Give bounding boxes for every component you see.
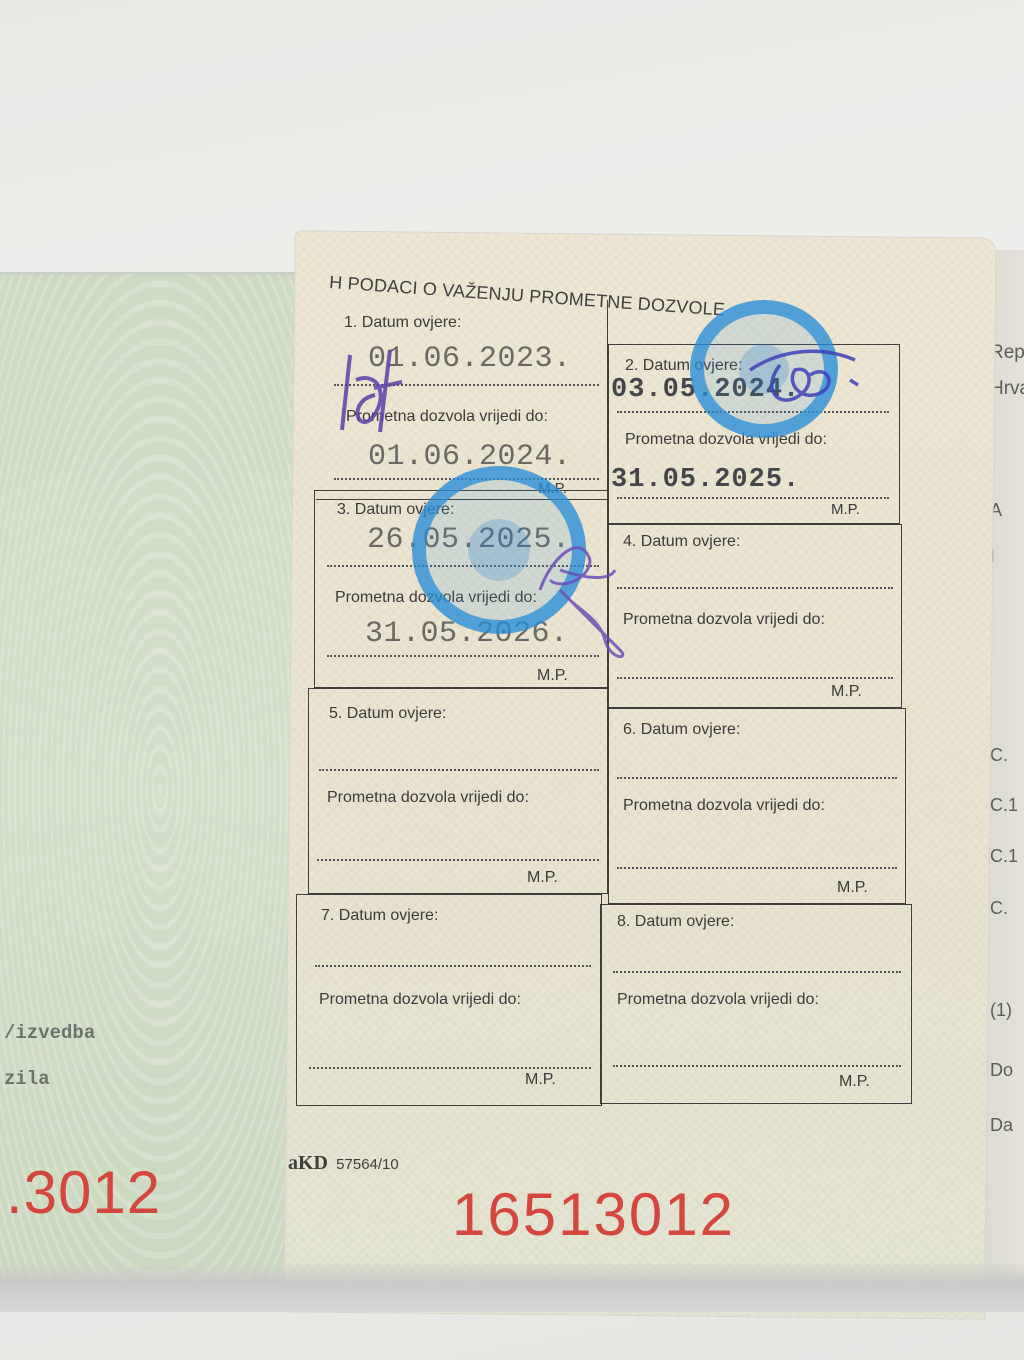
right-fragment: Hrva	[990, 378, 1024, 400]
dotted-line	[319, 769, 599, 771]
dotted-line	[315, 965, 591, 967]
dotted-line	[617, 777, 897, 779]
dotted-line	[617, 867, 897, 869]
right-fragment: C.1	[990, 795, 1018, 816]
dotted-line	[617, 677, 893, 679]
mp-label: M.P.	[527, 869, 558, 887]
mp-label: M.P.	[831, 501, 860, 518]
serial-number: 16513012	[452, 1180, 735, 1249]
entry-label: 6. Datum ovjere:	[623, 721, 740, 739]
entry-label: 7. Datum ovjere:	[321, 907, 438, 925]
left-page	[0, 272, 320, 1304]
entry-valid-until: 01.06.2024.	[368, 440, 572, 474]
entry-cell-8: 8. Datum ovjere: Prometna dozvola vrijed…	[600, 904, 912, 1104]
entry-cell-7: 7. Datum ovjere: Prometna dozvola vrijed…	[296, 894, 602, 1106]
right-fragment: C.	[990, 898, 1008, 919]
right-fragment: Do	[990, 1060, 1013, 1081]
dotted-line	[613, 1065, 901, 1067]
left-serial-fragment: .3012	[6, 1158, 161, 1227]
signature-icon	[740, 340, 870, 420]
entry-label: 4. Datum ovjere:	[623, 533, 740, 551]
validity-label: Prometna dozvola vrijedi do:	[617, 991, 819, 1009]
mp-label: M.P.	[831, 683, 862, 701]
mp-label: M.P.	[839, 1073, 870, 1091]
validity-label: Prometna dozvola vrijedi do:	[327, 789, 529, 807]
dotted-line	[617, 497, 889, 499]
entry-label: 8. Datum ovjere:	[617, 913, 734, 931]
mp-label: M.P.	[525, 1071, 556, 1089]
entry-valid-until: 31.05.2025.	[611, 465, 800, 495]
print-code-number: 57564/10	[336, 1156, 399, 1173]
entry-label: 5. Datum ovjere:	[329, 705, 446, 723]
dotted-line	[317, 859, 599, 861]
dotted-line	[309, 1067, 591, 1069]
left-page-line-2: zila	[4, 1068, 50, 1090]
right-fragment: C.	[990, 745, 1008, 766]
right-fragment: (1)	[990, 1000, 1012, 1021]
plastic-cover-edge	[0, 1262, 1024, 1312]
left-page-line-1: /izvedba	[4, 1022, 95, 1044]
dotted-line	[613, 971, 901, 973]
entry-cell-5: 5. Datum ovjere: Prometna dozvola vrijed…	[308, 688, 608, 894]
right-fragment: Da	[990, 1115, 1013, 1136]
print-code: aKD 57564/10	[288, 1152, 399, 1175]
validity-label: Prometna dozvola vrijedi do:	[625, 431, 827, 449]
right-fragment: C.1	[990, 846, 1018, 867]
entry-label: 1. Datum ovjere:	[344, 314, 461, 332]
validity-label: Prometna dozvola vrijedi do:	[319, 991, 521, 1009]
right-fragment: Repu	[990, 342, 1024, 364]
akd-logo: aKD	[288, 1152, 328, 1174]
validity-label: Prometna dozvola vrijedi do:	[623, 611, 825, 629]
mp-label: M.P.	[537, 667, 568, 685]
entry-cell-4: 4. Datum ovjere: Prometna dozvola vrijed…	[608, 524, 902, 708]
signature-icon	[520, 520, 640, 660]
validity-label: Prometna dozvola vrijedi do:	[623, 797, 825, 815]
signature-icon	[330, 340, 420, 440]
entry-cell-6: 6. Datum ovjere: Prometna dozvola vrijed…	[608, 708, 906, 904]
mp-label: M.P.	[837, 879, 868, 897]
dotted-line	[617, 587, 893, 589]
